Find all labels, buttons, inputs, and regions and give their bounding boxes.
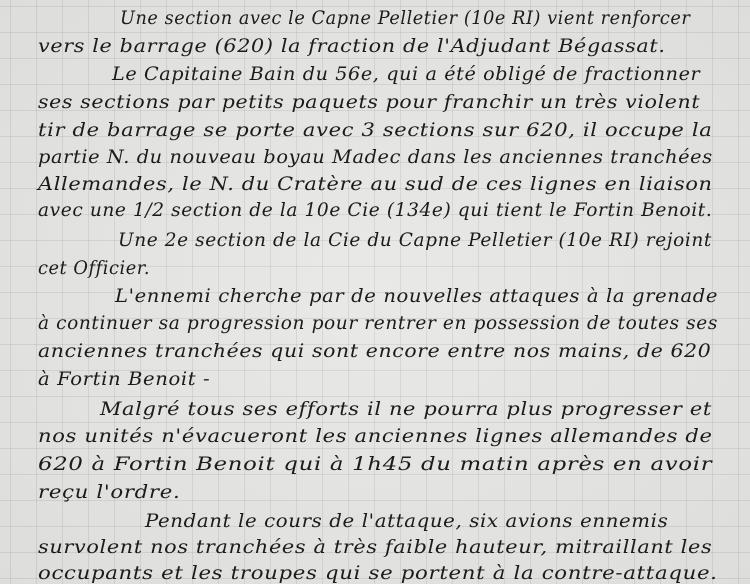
handwritten-line: nos unités n'évacueront les anciennes li…: [38, 424, 713, 448]
handwritten-line: avec une 1/2 section de la 10e Cie (134e…: [38, 198, 712, 222]
handwritten-line: Pendant le cours de l'attaque, six avion…: [145, 509, 668, 533]
handwritten-line: Allemandes, le N. du Cratère au sud de c…: [38, 172, 713, 196]
handwritten-line: vers le barrage (620) la fraction de l'A…: [38, 34, 666, 58]
handwritten-line: Une section avec le Capne Pelletier (10e…: [120, 6, 690, 30]
handwritten-line: ses sections par petits paquets pour fra…: [38, 90, 700, 114]
document-page: Une section avec le Capne Pelletier (10e…: [0, 0, 750, 584]
handwritten-line: à Fortin Benoit -: [38, 367, 210, 391]
handwritten-line: occupants et les troupes qui se portent …: [38, 561, 718, 584]
handwritten-line: partie N. du nouveau boyau Madec dans le…: [38, 145, 713, 169]
handwritten-line: L'ennemi cherche par de nouvelles attaqu…: [115, 284, 718, 308]
handwritten-line: survolent nos tranchées à très faible ha…: [38, 535, 712, 559]
handwritten-line: anciennes tranchées qui sont encore entr…: [38, 339, 711, 363]
handwritten-line: Une 2e section de la Cie du Capne Pellet…: [118, 228, 712, 252]
handwritten-line: 620 à Fortin Benoit qui à 1h45 du matin …: [38, 452, 712, 476]
handwritten-line: Le Capitaine Bain du 56e, qui a été obli…: [112, 62, 700, 86]
handwritten-line: Malgré tous ses efforts il ne pourra plu…: [100, 397, 712, 421]
handwritten-line: cet Officier.: [38, 256, 150, 280]
handwritten-line: tir de barrage se porte avec 3 sections …: [38, 118, 712, 142]
handwritten-line: à continuer sa progression pour rentrer …: [38, 311, 718, 335]
handwritten-line: reçu l'ordre.: [38, 480, 180, 504]
